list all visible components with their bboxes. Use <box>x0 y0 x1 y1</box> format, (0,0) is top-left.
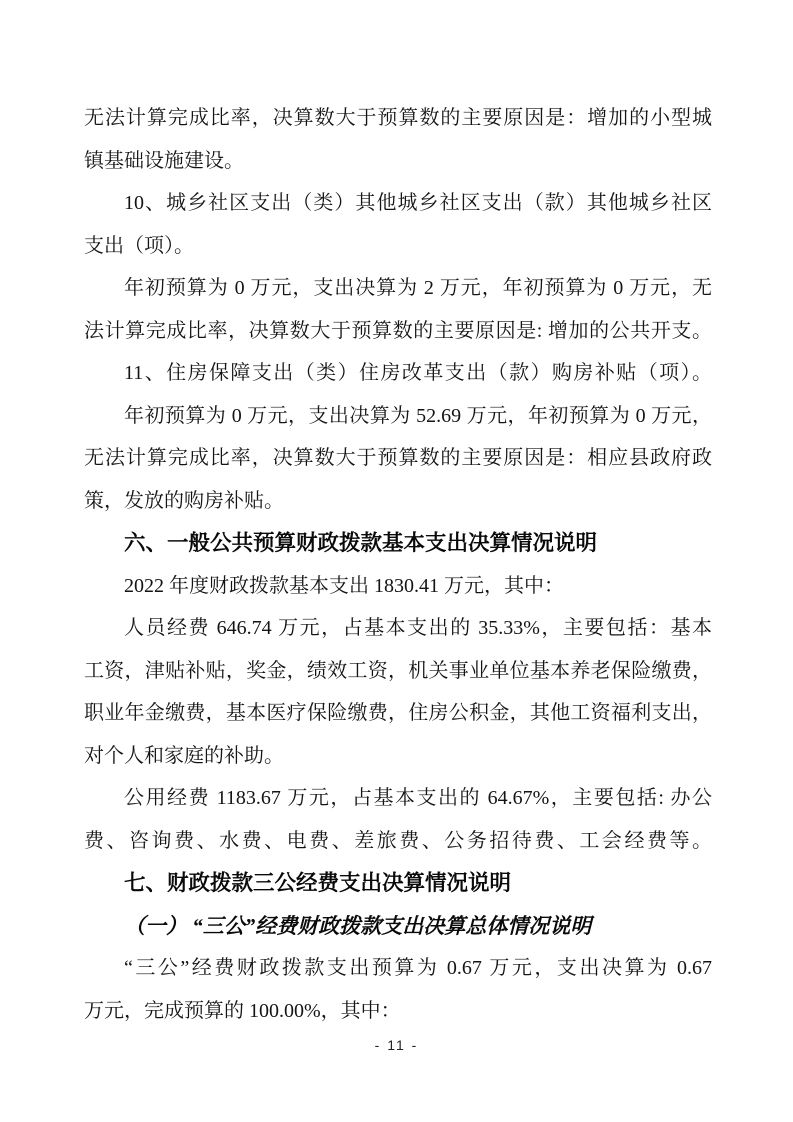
text-line: 年初预算为 0 万元，支出决算为 2 万元，年初预算为 0 万元，无 <box>84 267 712 310</box>
text-line: 年初预算为 0 万元，支出决算为 52.69 万元，年初预算为 0 万元， <box>84 395 712 438</box>
text-line: 公用经费 1183.67 万元，占基本支出的 64.67%，主要包括: 办公 <box>84 777 712 820</box>
document-body: 无法计算完成比率，决算数大于预算数的主要原因是：增加的小型城镇基础设施建设。10… <box>84 97 712 1032</box>
text-line: 对个人和家庭的补助。 <box>84 735 712 778</box>
text-line: 支出（项）。 <box>84 225 712 268</box>
text-line: 11、住房保障支出（类）住房改革支出（款）购房补贴（项）。 <box>84 352 712 395</box>
text-line: 职业年金缴费，基本医疗保险缴费，住房公积金，其他工资福利支出， <box>84 692 712 735</box>
sub-section-heading: （一） “三公”经费财政拨款支出决算总体情况说明 <box>84 905 712 948</box>
text-line: 万元，完成预算的 100.00%，其中： <box>84 990 712 1033</box>
text-line: 工资，津贴补贴，奖金，绩效工资，机关事业单位基本养老保险缴费， <box>84 650 712 693</box>
text-line: 无法计算完成比率，决算数大于预算数的主要原因是：增加的小型城 <box>84 97 712 140</box>
page-number: - 11 - <box>0 1036 793 1054</box>
text-line: 人员经费 646.74 万元，占基本支出的 35.33%，主要包括：基本 <box>84 607 712 650</box>
section-heading: 七、财政拨款三公经费支出决算情况说明 <box>84 862 712 905</box>
text-line: 无法计算完成比率，决算数大于预算数的主要原因是：相应县政府政 <box>84 437 712 480</box>
text-line: 10、城乡社区支出（类）其他城乡社区支出（款）其他城乡社区 <box>84 182 712 225</box>
document-page: 无法计算完成比率，决算数大于预算数的主要原因是：增加的小型城镇基础设施建设。10… <box>0 0 793 1122</box>
text-line: 策，发放的购房补贴。 <box>84 480 712 523</box>
text-line: 镇基础设施建设。 <box>84 140 712 183</box>
text-line: 2022 年度财政拨款基本支出 1830.41 万元，其中： <box>84 565 712 608</box>
text-line: 费、咨询费、水费、电费、差旅费、公务招待费、工会经费等。 <box>84 820 712 863</box>
section-heading: 六、一般公共预算财政拨款基本支出决算情况说明 <box>84 522 712 565</box>
text-line: “三公”经费财政拨款支出预算为 0.67 万元，支出决算为 0.67 <box>84 947 712 990</box>
text-line: 法计算完成比率，决算数大于预算数的主要原因是: 增加的公共开支。 <box>84 310 712 353</box>
